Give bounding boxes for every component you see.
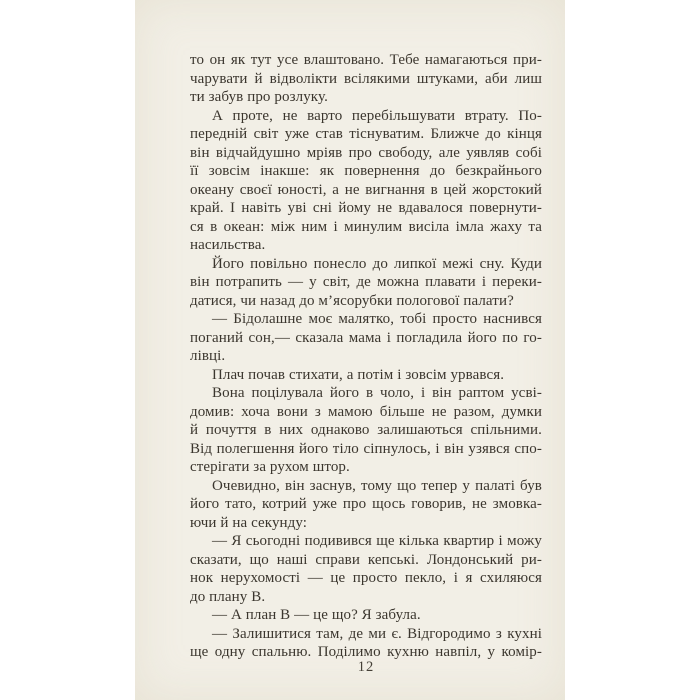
text-line: стерігати за рухом штор. [190,458,542,477]
text-line: датися, чи назад до м’ясорубки пологової… [190,292,542,311]
text-line: — А план В — це що? Я забула. [190,606,542,625]
text-line: край. І навіть уві сні йому не вдавалося… [190,199,542,218]
text-line: чарувати й відволікти всілякими штуками,… [190,70,542,89]
page-number: 12 [190,659,542,676]
text-line: Очевидно, він заснув, тому що тепер у па… [190,477,542,496]
text-line: океану своєї юності, а не вигнання в цей… [190,181,542,200]
text-line: А проте, не варто перебільшувати втрату.… [190,107,542,126]
text-line: його тато, котрий уже про щось говорив, … [190,495,542,514]
text-line: то он як тут усе влаштовано. Тебе намага… [190,51,542,70]
text-line: передній світ уже став тіснуватим. Ближч… [190,125,542,144]
text-line: насильства. [190,236,542,255]
text-line: він потрапить — у світ, де можна плавати… [190,273,542,292]
text-line: ся в океан: між ним і минулим висіла імл… [190,218,542,237]
text-line: Вона поцілувала його в чоло, і він рапто… [190,384,542,403]
text-line: Від полегшення його тіло сіпнулось, і ві… [190,440,542,459]
text-line: — Бідолашне моє малятко, тобі просто нас… [190,310,542,329]
text-line: домив: хоча вони з мамою більше не разом… [190,403,542,422]
text-line: й почуття в них однаково залишаються спі… [190,421,542,440]
text-line: нок нерухомості — це просто пекло, і я с… [190,569,542,588]
text-line: ти забув про розлуку. [190,88,542,107]
book-page: то он як тут усе влаштовано. Тебе намага… [135,0,565,700]
text-line: поганий сон,— сказала мама і погладила й… [190,329,542,348]
text-line: лівці. [190,347,542,366]
page-text-block: то он як тут усе влаштовано. Тебе намага… [190,51,542,662]
text-line: до плану В. [190,588,542,607]
text-line: ючи й на секунду: [190,514,542,533]
text-line: її зовсім інакше: як повернення до безкр… [190,162,542,181]
text-line: — Залишитися там, де ми є. Відгородимо з… [190,625,542,644]
text-line: Плач почав стихати, а потім і зовсім урв… [190,366,542,385]
screenshot-root: { "colors": { "paper": "#f2efe6", "outsi… [0,0,700,700]
text-line: Його повільно понесло до липкої межі сну… [190,255,542,274]
text-line: — Я сьогодні подивився ще кілька квартир… [190,532,542,551]
text-line: він відчайдушно мріяв про свободу, але у… [190,144,542,163]
text-line: сказати, що наші справи кепські. Лондонс… [190,551,542,570]
